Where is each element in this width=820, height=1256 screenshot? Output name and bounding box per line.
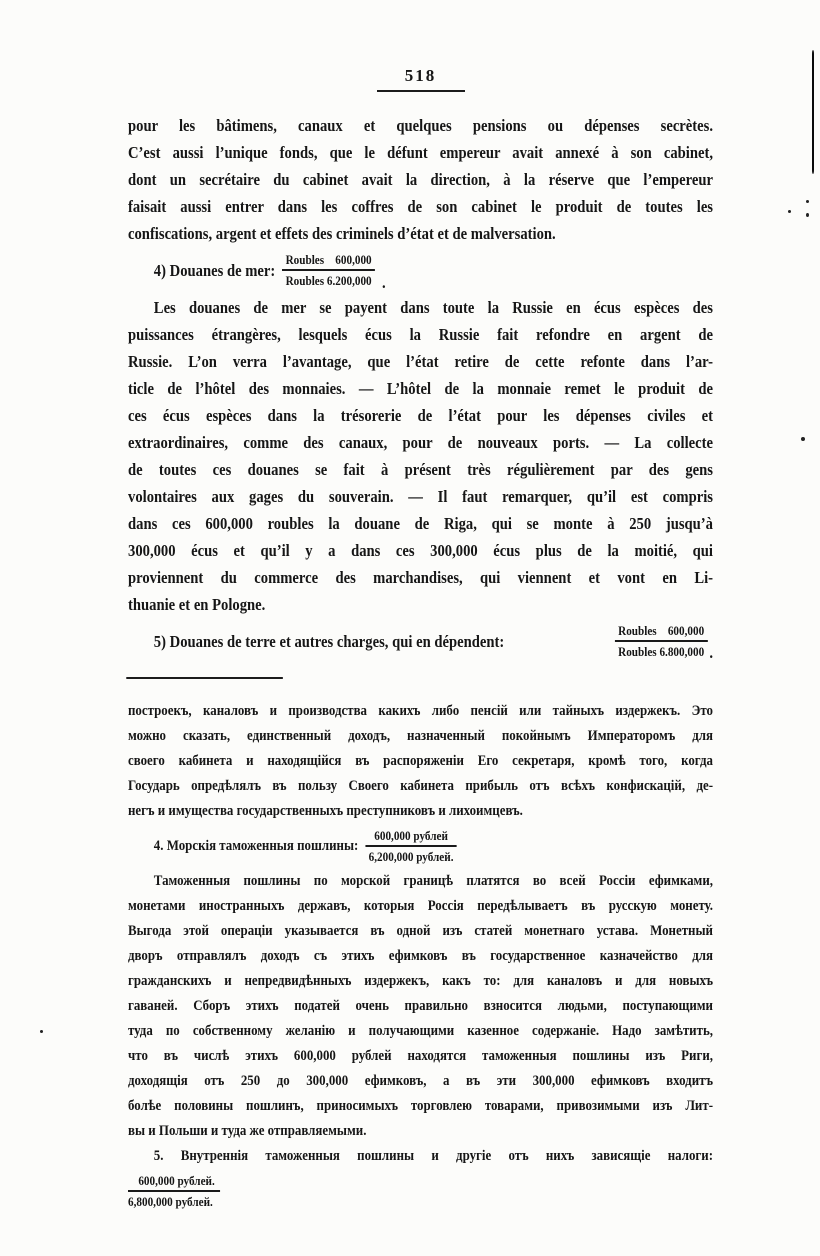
text-line: pour les bâtimens, canaux et quelques pe… [128, 112, 713, 139]
russian-section: построекъ, каналовъ и производства каких… [128, 699, 713, 1210]
fraction-numerator: Roubles 600,000 [282, 251, 375, 271]
russian-item-4-label: 4. Морскія таможенныя пошлины: [154, 834, 359, 859]
text-line: негъ и имущества государственныхъ престу… [128, 799, 713, 824]
page-number: 518 [128, 66, 713, 86]
french-item-5-fraction: Roubles 600,000 Roubles 6.800,000 [615, 622, 708, 660]
text-line: можно сказать, единственный доходъ, назн… [128, 724, 713, 749]
text-line: ces écus espèces dans la trésorerie de l… [128, 402, 713, 429]
text-line: Les douanes de mer se payent dans toute … [128, 294, 713, 321]
french-section: pour les bâtimens, canaux et quelques pe… [128, 112, 713, 661]
fraction-numerator: 600,000 рублей. [128, 1172, 220, 1192]
text-line: extraordinaires, comme des canaux, pour … [128, 429, 713, 456]
french-item-5-label: 5) Douanes de terre et autres charges, q… [154, 628, 504, 655]
text-line: proviennent du commerce des marchandises… [128, 564, 713, 591]
fraction-denominator: Roubles 6.200,000 [282, 271, 375, 289]
text-line: Выгода этой операціи указывается въ одно… [128, 919, 713, 944]
text-line: вы и Польши и туда же отправляемыми. [128, 1119, 713, 1144]
text-line: построекъ, каналовъ и производства каких… [128, 699, 713, 724]
fraction-denominator: 6,200,000 рублей. [365, 847, 457, 865]
text-line: Государь опредѣлялъ въ пользу Своего каб… [128, 774, 713, 799]
text-line: своего кабинета и находящійся въ распоря… [128, 749, 713, 774]
text-line: C’est aussi l’unique fonds, que le défun… [128, 139, 713, 166]
text-line: гражданскихъ и непредвидѣнныхъ издержекъ… [128, 969, 713, 994]
text-line: volontaires aux gages du souverain. — Il… [128, 483, 713, 510]
russian-item-4-fraction: 600,000 рублей 6,200,000 рублей. [365, 827, 457, 865]
text-line: ticle de l’hôtel des monnaies. — L’hôtel… [128, 375, 713, 402]
text-line: что въ числѣ этихъ 600,000 рублей находя… [128, 1044, 713, 1069]
scan-artifact-dot [788, 210, 791, 213]
fraction-numerator: Roubles 600,000 [615, 622, 708, 642]
fraction-denominator: 6,800,000 рублей. [128, 1192, 220, 1210]
scan-artifact-dot [806, 200, 809, 203]
footnote-separator-rule [126, 677, 283, 679]
fraction-period: . [382, 276, 386, 290]
text-line: 300,000 écus et qu’il y a dans ces 300,0… [128, 537, 713, 564]
text-line: Russie. L’on verra l’avantage, que l’éta… [128, 348, 713, 375]
scan-artifact-dot [801, 437, 805, 441]
fraction-period: . [709, 646, 713, 660]
text-line: thuanie et en Pologne. [128, 591, 713, 618]
text-line: confiscations, argent et effets des crim… [128, 220, 713, 247]
text-line: туда по собственному желанію и получающи… [128, 1019, 713, 1044]
russian-paragraph-1: построекъ, каналовъ и производства каких… [128, 699, 713, 824]
russian-item-4: 4. Морскія таможенныя пошлины: 600,000 р… [128, 827, 713, 865]
text-line: Таможенныя пошлины по морской границѣ пл… [128, 869, 713, 894]
russian-paragraph-2: Таможенныя пошлины по морской границѣ пл… [128, 869, 713, 1144]
french-item-4-label: 4) Douanes de mer: [154, 257, 275, 284]
text-line: puissances étrangères, lesquels écus la … [128, 321, 713, 348]
text-line: доходящія отъ 250 до 300,000 ефимковъ, а… [128, 1069, 713, 1094]
fraction-numerator: 600,000 рублей [365, 827, 457, 847]
text-line: dans ces 600,000 roubles la douane de Ri… [128, 510, 713, 537]
page-text-block: pour les bâtimens, canaux et quelques pe… [128, 112, 713, 1210]
text-line: болѣе половины пошлинъ, приносимыхъ торг… [128, 1094, 713, 1119]
french-item-4-fraction: Roubles 600,000 Roubles 6.200,000 [282, 251, 375, 289]
page-header: 518 [128, 66, 713, 92]
page-number-rule [377, 90, 465, 92]
scan-artifact-vertical-scratch [812, 50, 814, 174]
text-line: de toutes ces douanes se fait à présent … [128, 456, 713, 483]
text-line: faisait aussi entrer dans les coffres de… [128, 193, 713, 220]
text-line: монетами иностранныхъ державъ, которыя Р… [128, 894, 713, 919]
french-paragraph-1: pour les bâtimens, canaux et quelques pe… [128, 112, 713, 247]
scan-artifact-dot [40, 1030, 43, 1033]
russian-item-5-line: 5. Внутреннія таможенныя пошлины и другі… [128, 1144, 713, 1169]
text-line: гаваней. Сборъ этихъ податей очень прави… [128, 994, 713, 1019]
text-line: дворъ отправлялъ доходъ съ этихъ ефимков… [128, 944, 713, 969]
text-line: dont un secrétaire du cabinet avait la d… [128, 166, 713, 193]
french-item-4: 4) Douanes de mer: Roubles 600,000 Roubl… [128, 250, 713, 290]
russian-item-5-fraction: 600,000 рублей. 6,800,000 рублей. [128, 1172, 220, 1210]
french-paragraph-2: Les douanes de mer se payent dans toute … [128, 294, 713, 618]
scan-artifact-dot [806, 213, 809, 217]
fraction-denominator: Roubles 6.800,000 [615, 642, 708, 660]
french-item-5: 5) Douanes de terre et autres charges, q… [128, 621, 713, 661]
